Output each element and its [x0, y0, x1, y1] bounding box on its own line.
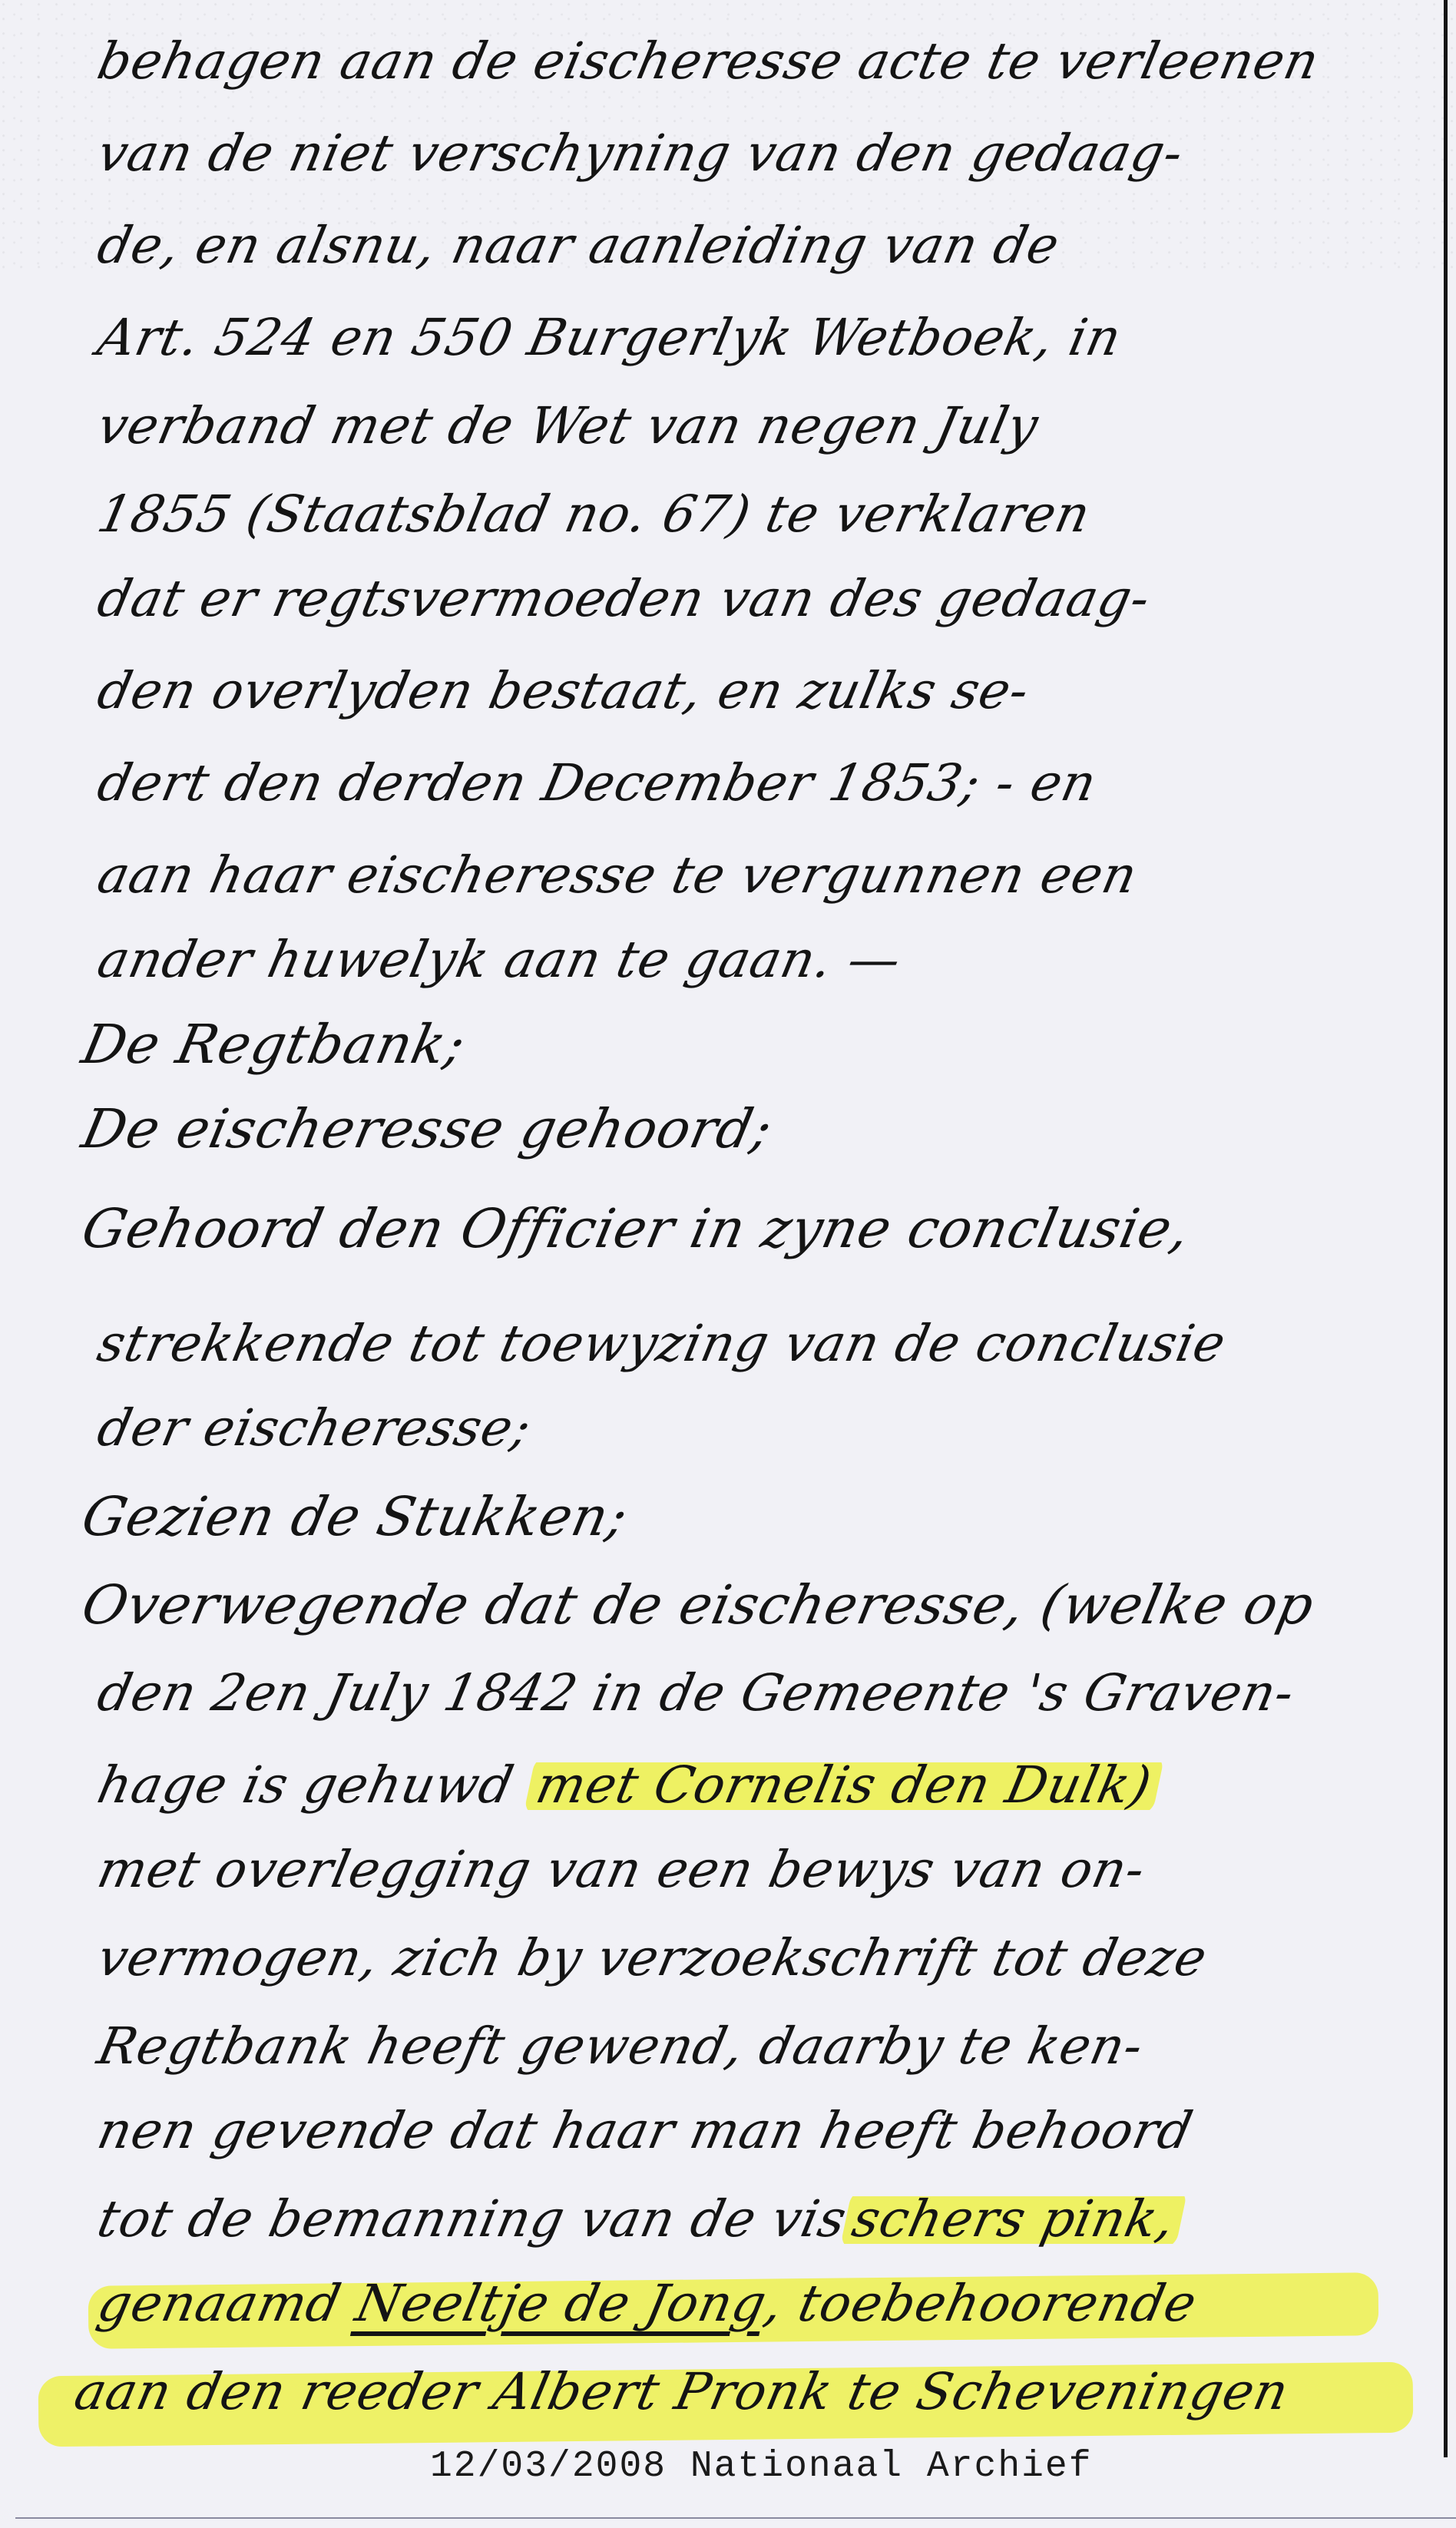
- handwritten-line-23: Regtbank heeft gewend, daarby te ken-: [92, 2016, 1149, 2077]
- handwritten-line-25: tot de bemanning van de visschers pink,: [92, 2189, 1188, 2250]
- handwritten-line-8: den overlyden bestaat, en zulks se-: [92, 660, 1035, 722]
- handwritten-line-15: strekkende tot toewyzing van de conclusi…: [92, 1313, 1232, 1375]
- highlighted-visschers-pink: schers pink,: [839, 2189, 1188, 2248]
- handwritten-line-11: ander huwelyk aan te gaan. —: [92, 929, 907, 991]
- line-26-pre: genaamd: [92, 2274, 363, 2333]
- handwritten-line-1: behagen aan de eischeresse acte te verle…: [92, 31, 1325, 92]
- handwritten-line-4: Art. 524 en 550 Burgerlyk Wetboek, in: [92, 307, 1127, 369]
- handwritten-line-5: verband met de Wet van negen July: [92, 395, 1044, 457]
- handwritten-line-6: 1855 (Staatsblad no. 67) te verklaren: [92, 484, 1096, 545]
- handwritten-line-16: der eischeresse;: [92, 1398, 537, 1459]
- handwritten-line-18: Overwegende dat de eischeresse, (welke o…: [77, 1574, 1320, 1636]
- handwritten-line-2: van de niet verschyning van den gedaag-: [92, 123, 1189, 184]
- highlighted-name-cornelis-den-dulk: met Cornelis den Dulk): [524, 1755, 1165, 1815]
- line-20-plain: hage is gehuwd: [92, 1755, 536, 1815]
- page-bottom-rule: [15, 2517, 1456, 2519]
- scanned-document-page: behagen aan de eischeresse acte te verle…: [0, 0, 1456, 2528]
- handwritten-line-13: De eischeresse gehoord;: [77, 1098, 778, 1160]
- handwritten-line-20: hage is gehuwd met Cornelis den Dulk): [92, 1755, 1165, 1816]
- handwritten-line-27: aan den reeder Albert Pronk te Schevenin…: [69, 2361, 1294, 2423]
- handwritten-line-9: dert den derden December 1853; - en: [92, 753, 1102, 814]
- line-25-plain: tot de bemanning van de vis: [92, 2189, 852, 2248]
- underlined-ship-name: Neeltje de Jong: [351, 2274, 773, 2333]
- handwritten-line-22: vermogen, zich by verzoekschrift tot dez…: [92, 1927, 1213, 1989]
- handwritten-line-3: de, en alsnu, naar aanleiding van de: [92, 215, 1065, 276]
- handwritten-line-21: met overlegging van een bewys van on-: [92, 1839, 1151, 1901]
- handwritten-line-12: De Regtbank;: [77, 1014, 472, 1075]
- page-right-border: [1444, 0, 1448, 2457]
- handwritten-line-14: Gehoord den Officier in zyne conclusie,: [77, 1198, 1196, 1259]
- handwritten-line-19: den 2en July 1842 in de Gemeente 's Grav…: [92, 1663, 1300, 1724]
- archive-stamp-footer: 12/03/2008 Nationaal Archief: [430, 2446, 1093, 2487]
- handwritten-line-17: Gezien de Stukken;: [77, 1486, 634, 1547]
- handwritten-line-26: genaamd Neeltje de Jong, toebehoorende: [92, 2273, 1203, 2334]
- handwritten-line-24: nen gevende dat haar man heeft behoord: [92, 2100, 1198, 2162]
- line-26-post: , toebehoorende: [759, 2274, 1202, 2333]
- handwritten-line-10: aan haar eischeresse te vergunnen een: [92, 845, 1143, 906]
- handwritten-line-7: dat er regtsvermoeden van des gedaag-: [92, 568, 1156, 630]
